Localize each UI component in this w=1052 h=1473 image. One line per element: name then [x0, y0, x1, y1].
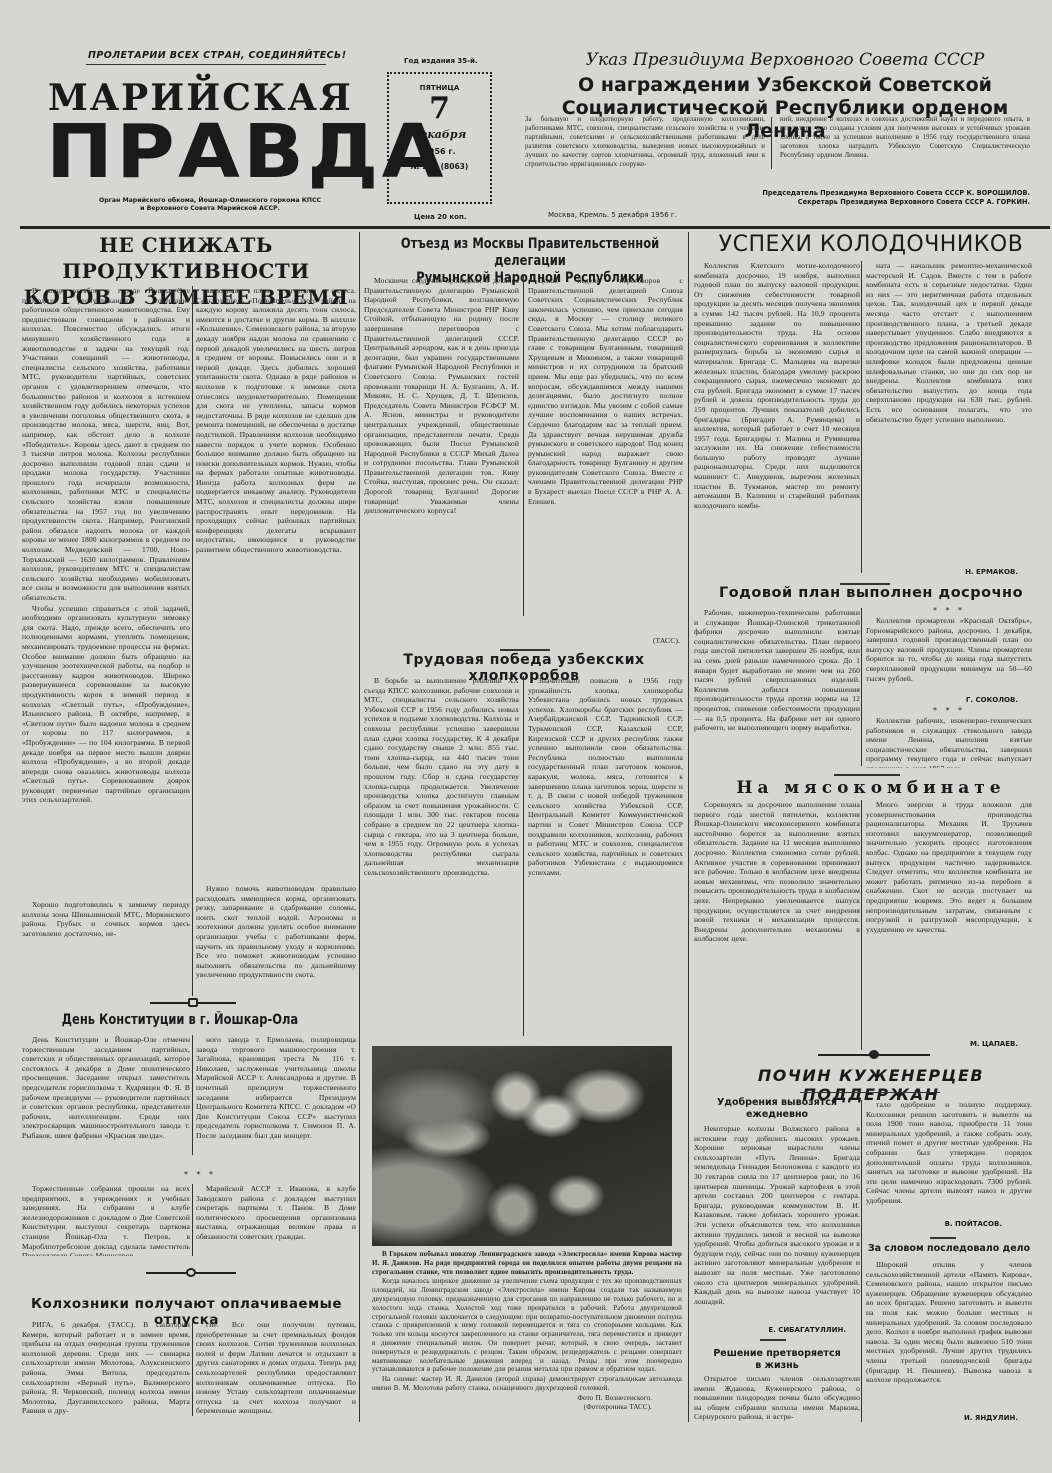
- article-meat-col2: Много энергии и труда вложили для усовер…: [866, 800, 1032, 1036]
- decree-text-col2: ний, внедрение в колхозах и совхозах дос…: [780, 115, 1030, 160]
- article-cotton-col1: В борьбе за выполнение решений XX съезда…: [364, 676, 519, 1040]
- article-cows-col2: выполнен план заготовки силоса. Сельхоза…: [196, 286, 356, 886]
- article-delegation-col1: Москвичи сердечно проводили 6 декабря Пр…: [364, 276, 519, 630]
- masthead-rule: [20, 226, 1050, 229]
- article-fertilizer-col2: тало одобрение и полную поддержку. Колхо…: [866, 1100, 1032, 1212]
- article-cows-col1-end: Хорошо подготовились к зимнему периоду к…: [22, 900, 190, 996]
- author-sokolov: Г. СОКОЛОВ.: [866, 696, 1032, 704]
- article-constitution-col1: День Конституции в Йошкар-Оле отмечен то…: [22, 1035, 190, 1165]
- news-photo-workers-at-machine: [372, 1046, 672, 1246]
- article-constitution-col4: Марийской АССР т. Иванова, в клубе Завод…: [196, 1184, 356, 1256]
- article-annual-plan-col2: Коллектив промартели «Красный Октябрь», …: [866, 616, 1032, 688]
- article-vacations-col1: РИГА, 6 декабря. (ТАСС). В санатории Кем…: [22, 1320, 190, 1420]
- article-meat-col1: Соревнуясь за досрочное выполнение плана…: [694, 800, 860, 1048]
- author-yandulin: И. ЯНДУЛИН.: [866, 1414, 1032, 1422]
- article-constitution-col3: Торжественные собрания прошли на всех пр…: [22, 1184, 190, 1256]
- author-sibagatullin: Е. СИБАГАТУЛЛИН.: [694, 1326, 860, 1334]
- headline-constitution: День Конституции в г. Йошкар-Ола: [32, 1012, 327, 1029]
- article-cows-col2-end: Нужно помочь животноводам правильно расх…: [196, 884, 356, 998]
- article-fertilizer-col1: Некоторые колхозы Волжского района в ист…: [694, 1124, 860, 1334]
- article-decision-col: Открытое письмо членов сельхозартели име…: [694, 1374, 860, 1424]
- article-delegation-col2: Целая неделя переговоров с Правительстве…: [528, 276, 683, 612]
- ornament-divider: [146, 1268, 236, 1277]
- decree-supertitle: Указ Президиума Верховного Совета СССР: [520, 50, 1050, 70]
- decree-place-date: Москва, Кремль. 5 декабря 1956 г.: [548, 211, 677, 219]
- article-wells-col2: ната — начальник ремонтно-механической м…: [866, 261, 1032, 559]
- decree-text-col1: За большую и плодотворную работу, продел…: [525, 115, 765, 169]
- headline-wells: УСПЕХИ КОЛОДОЧНИКОВ: [690, 232, 1052, 257]
- author-ermakov: Н. ЕРМАКОВ.: [866, 568, 1032, 576]
- article-annual-plan-col1: Рабочие, инженерно-технические работники…: [694, 608, 860, 766]
- article-cotton-col2: Значительно повысив в 1956 году урожайно…: [528, 676, 683, 1040]
- date-box: ПЯТНИЦА 7 декабря 1956 г. № 241 (8063): [387, 72, 492, 204]
- divider: [86, 64, 326, 65]
- decree-signatures: Председатель Президиума Верховного Совет…: [640, 189, 1030, 207]
- article-wells-col1: Коллектив Клетского мотне-колодочного ко…: [694, 261, 860, 559]
- newspaper-page: ПРОЛЕТАРИИ ВСЕХ СТРАН, СОЕДИНЯЙТЕСЬ! МАР…: [0, 0, 1052, 1473]
- subheadline-deed: За словом последовало дело: [866, 1243, 1032, 1255]
- author-poytasov: В. ПОЙТАСОВ.: [866, 1220, 1032, 1228]
- delegation-source: (ТАСС).: [620, 636, 680, 646]
- subheadline-fertilizer: Удобрения вывозятся ежедневно: [694, 1097, 860, 1121]
- price: Цена 20 коп.: [414, 213, 466, 221]
- stars-separator: * * *: [170, 1170, 230, 1179]
- article-constitution-col2: ного завода т. Ермолаева, полировщица за…: [196, 1035, 356, 1165]
- article-cows-col1: В конце октября в городе Йошкар-Оле прох…: [22, 286, 190, 898]
- stars-separator: * * *: [866, 606, 1032, 615]
- ornament-divider: [150, 998, 236, 1007]
- issue-number: № 241 (8063): [389, 162, 490, 171]
- article-deed-col: Широкий отклик у членов сельскохозяйстве…: [866, 1260, 1032, 1410]
- year: 1956 г.: [389, 147, 490, 156]
- day-number: 7: [389, 92, 490, 126]
- headline-annual-plan: Годовой план выполнен досрочно: [690, 585, 1052, 601]
- headline-meat-plant: На мясокомбинате: [690, 778, 1052, 798]
- subheadline-decision: Решение претворяется в жизнь: [694, 1348, 860, 1372]
- year-of-publication: Год издания 35-й.: [404, 57, 478, 65]
- ornament-divider: [818, 1050, 930, 1059]
- photo-caption: В Горьком побывал новатор Ленинградского…: [372, 1250, 682, 1411]
- publisher-line: Орган Марийского обкома, Йошкар-Олинског…: [80, 197, 340, 213]
- article-vacations-col2: гие. Все они получили путевки, приобрете…: [196, 1320, 356, 1420]
- month: декабря: [389, 128, 490, 141]
- stars-separator: * * *: [866, 706, 1032, 715]
- author-tsapaev: М. ЦАПАЕВ.: [866, 1040, 1032, 1048]
- article-annual-plan-col3: Коллектив рабочих, инженерно-технических…: [866, 716, 1032, 768]
- slogan: ПРОЛЕТАРИИ ВСЕХ СТРАН, СОЕДИНЯЙТЕСЬ!: [88, 50, 346, 61]
